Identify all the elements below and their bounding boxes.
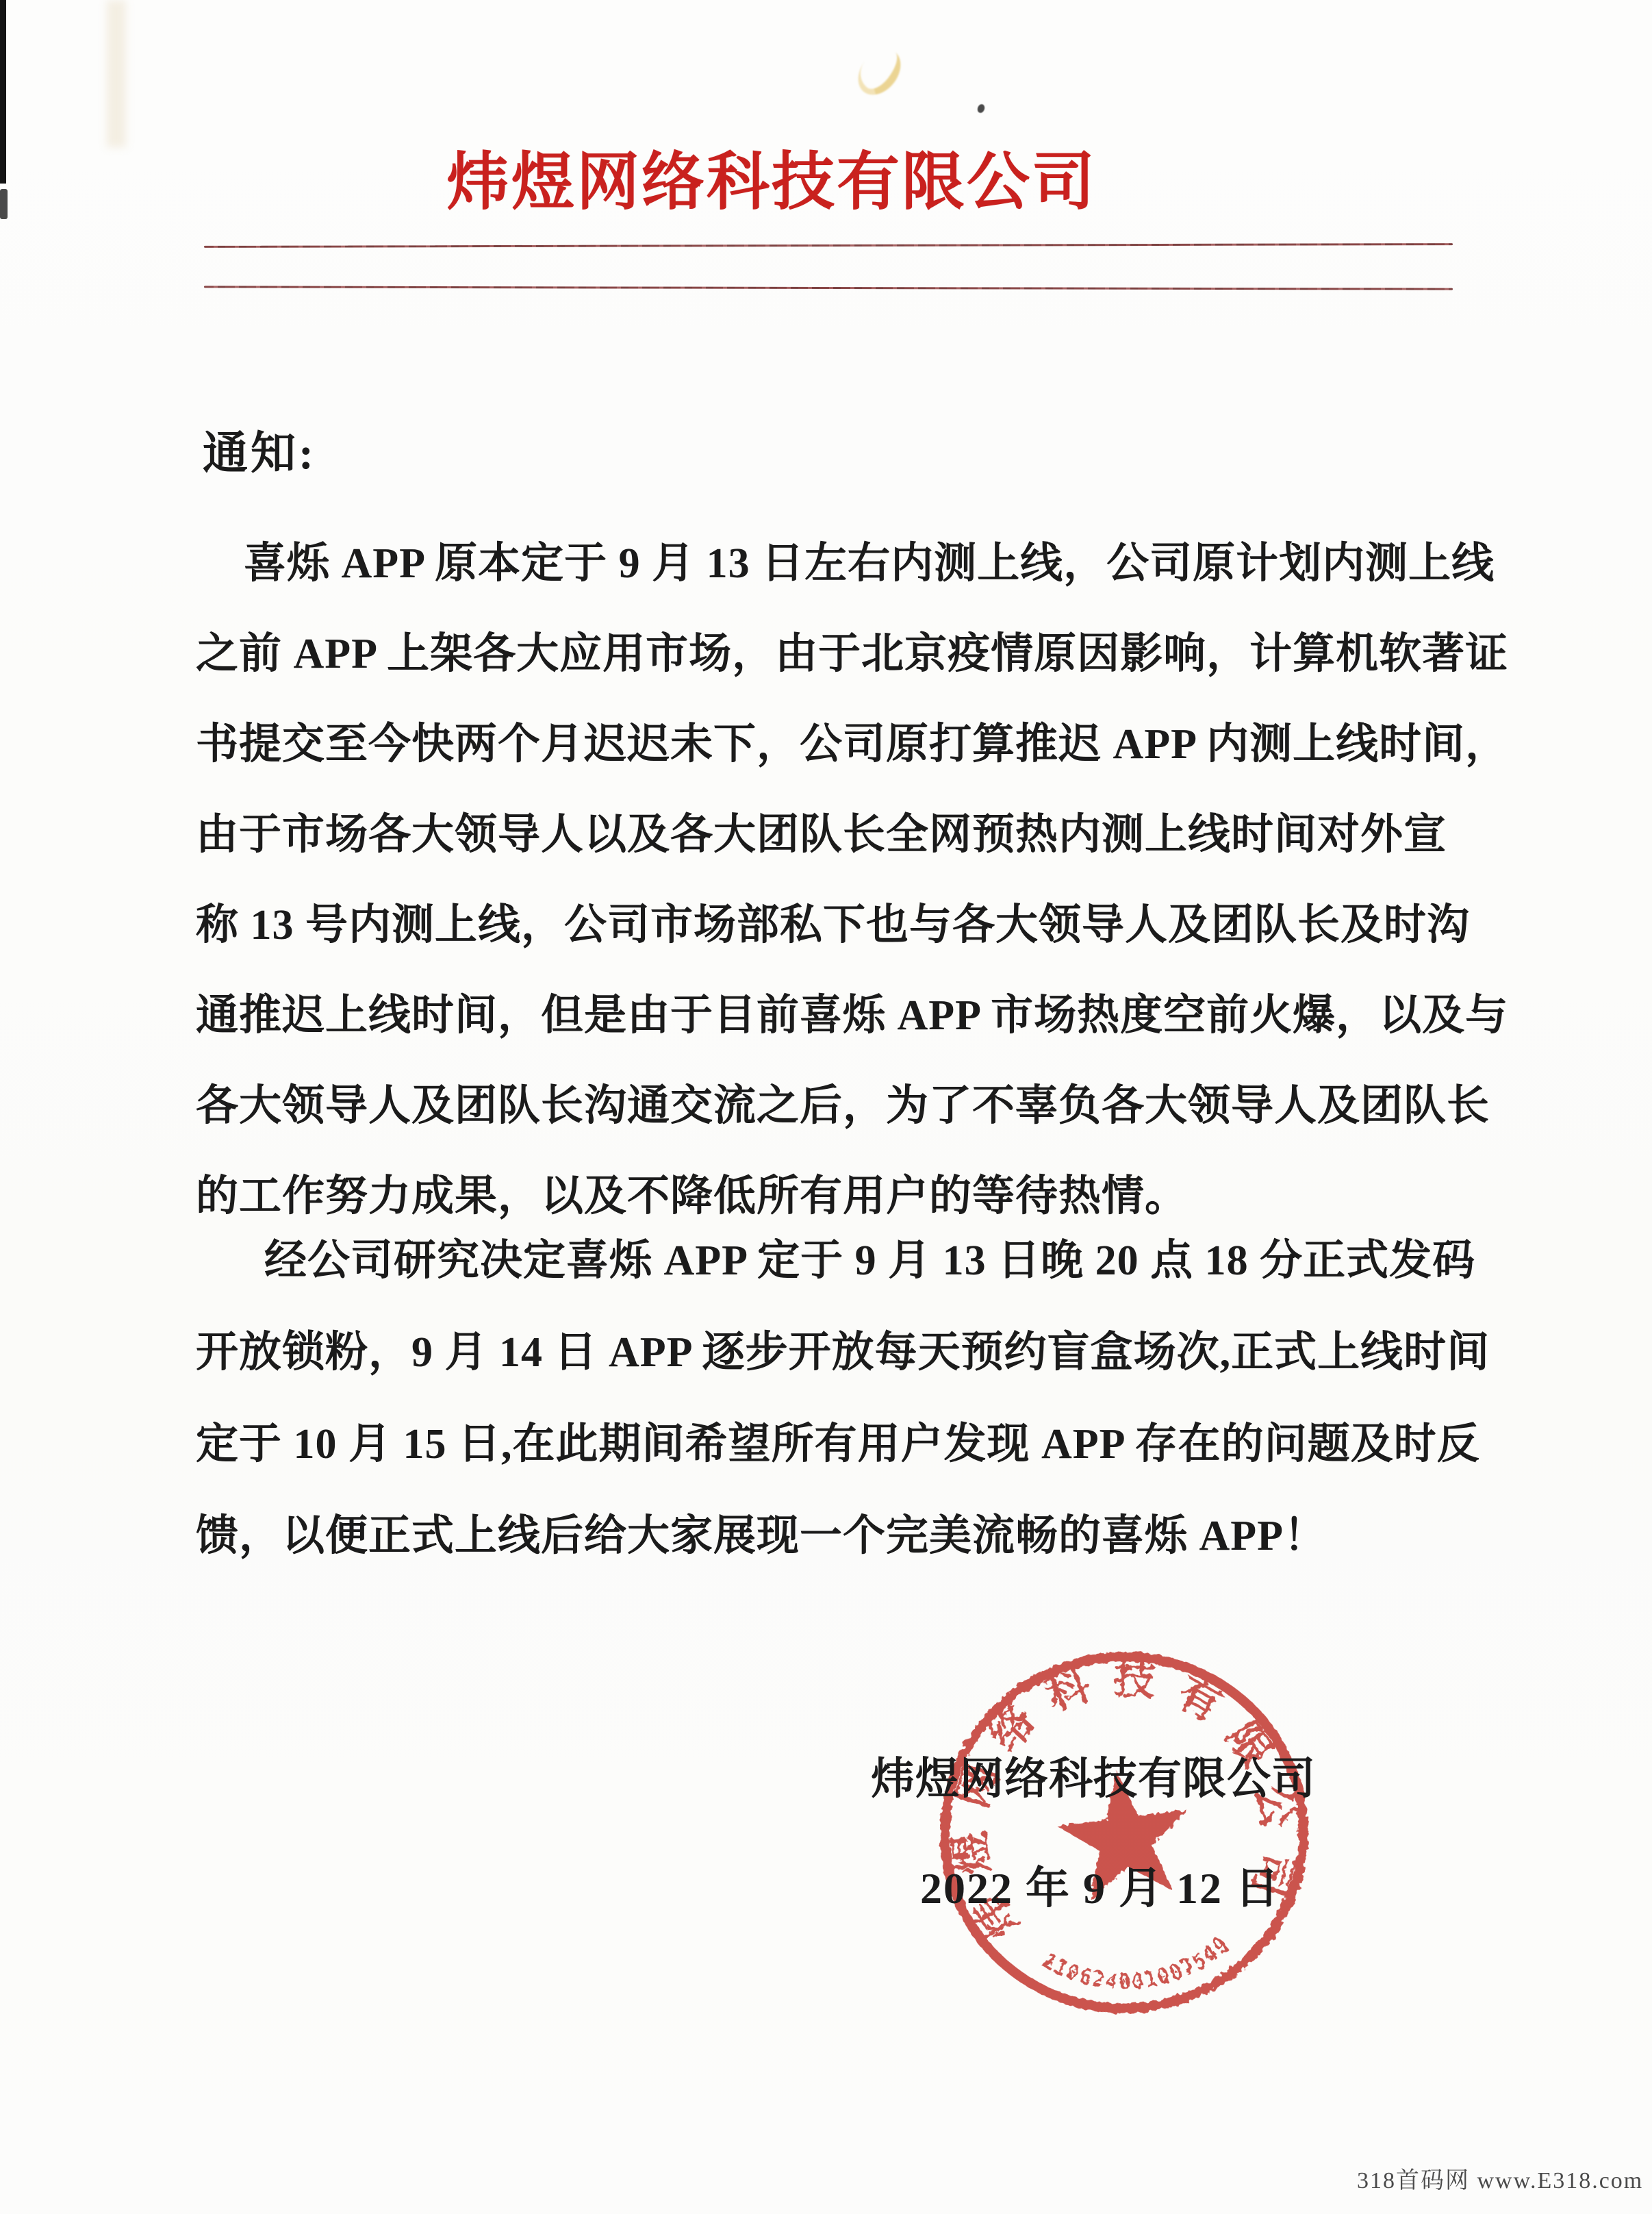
body-line: 称 13 号内测上线，公司市场部私下也与各大领导人及团队长及时沟 (196, 890, 1469, 951)
body-line: 喜烁 APP 原本定于 9 月 13 日左右内测上线，公司原计划内测上线 (196, 529, 1517, 590)
body-line: 的工作努力成果，以及不降低所有用户的等待热情。 (196, 1161, 1469, 1222)
body-line: 经公司研究决定喜烁 APP 定于 9 月 13 日晚 20 点 18 分正式发码 (196, 1226, 1538, 1287)
letterhead-rule-top (204, 243, 1453, 248)
body-line: 各大领导人及团队长沟通交流之后，为了不辜负各大领导人及团队长 (196, 1071, 1469, 1132)
body-line: 由于市场各大领导人以及各大团队长全网预热内测上线时间对外宣 (196, 800, 1469, 861)
scan-streak-artifact (107, 0, 126, 147)
body-line: 书提交至今快两个月迟迟未下，公司原打算推迟 APP 内测上线时间， (196, 709, 1469, 770)
letterhead-rule-bottom (204, 286, 1453, 290)
company-seal-graphic: 炜煜网络科技有限公司 210624001007549 (912, 1623, 1336, 2045)
scan-dot-artifact (976, 103, 986, 114)
body-line: 定于 10 月 15 日,在此期间希望所有用户发现 APP 存在的问题及时反 (196, 1409, 1469, 1470)
body-line: 馈，以便正式上线后给大家展现一个完美流畅的喜烁 APP！ (196, 1501, 1469, 1562)
signature-company-name: 炜煜网络科技有限公司 (871, 1744, 1316, 1807)
signature-date: 2022 年 9 月 12 日 (920, 1853, 1280, 1916)
body-line: 通推迟上线时间，但是由于目前喜烁 APP 市场热度空前火爆，以及与 (196, 981, 1469, 1042)
company-letterhead-title: 炜煜网络科技有限公司 (446, 131, 1097, 222)
seal-serial-number: 210624001007549 (1036, 1926, 1238, 2006)
body-line: 之前 APP 上架各大应用市场，由于北京疫情原因影响，计算机软著证 (196, 619, 1469, 680)
body-line: 开放锁粉，9 月 14 日 APP 逐步开放每天预约盲盒场次,正式上线时间 (196, 1318, 1469, 1379)
scan-edge-artifact (0, 0, 6, 184)
scan-smudge-artifact (850, 41, 909, 103)
company-seal-stamp: 炜煜网络科技有限公司 210624001007549 (912, 1623, 1336, 2045)
notice-document-page: 炜煜网络科技有限公司 通知: 喜烁 APP 原本定于 9 月 13 日左右内测上… (0, 0, 1652, 2214)
notice-label: 通知: (203, 416, 316, 481)
scan-edge-artifact (0, 189, 8, 219)
site-watermark: 318首码网 www.E318.com (1357, 2161, 1643, 2195)
